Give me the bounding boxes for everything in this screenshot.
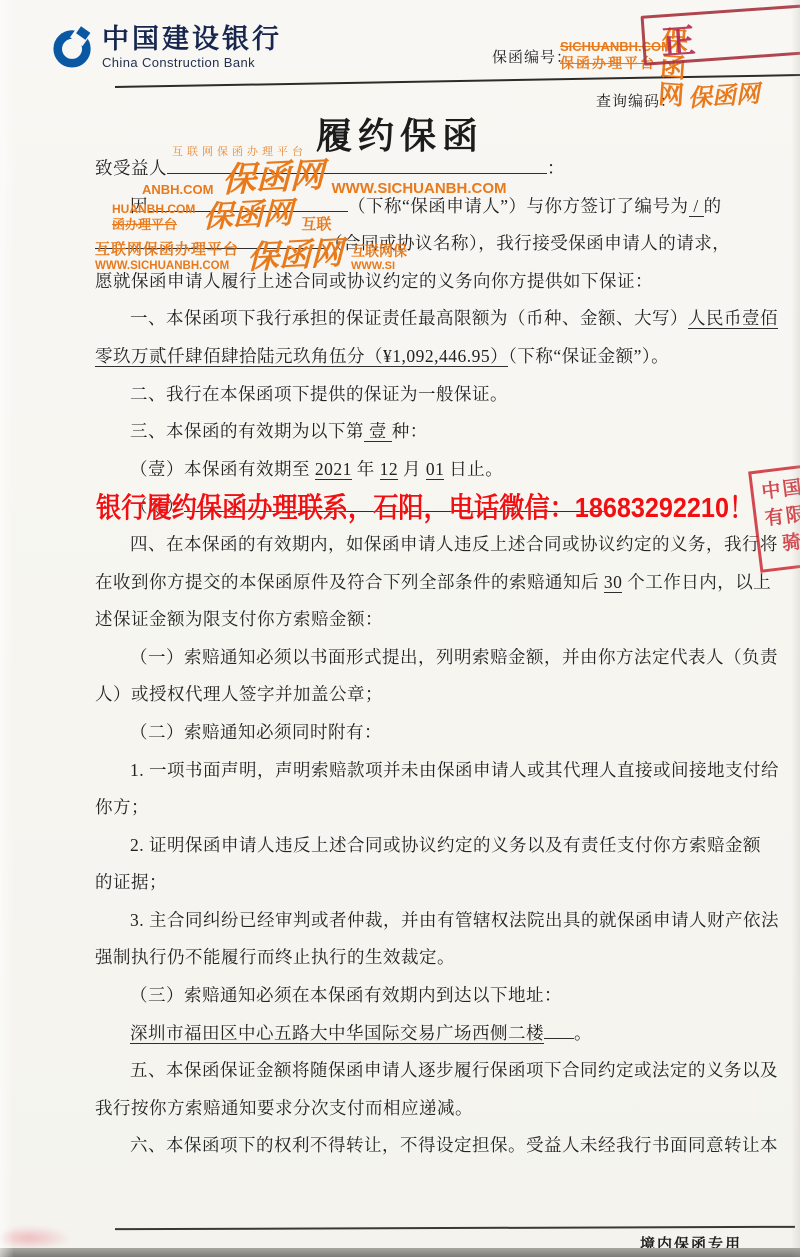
text-segment: 2. 证明保函申请人违反上述合同或协议约定的义务以及有责任支付你方索赔金额 — [130, 835, 761, 855]
watermark-platform-text: 函办理平台 — [112, 217, 195, 233]
text-segment: ： — [547, 158, 565, 178]
text-segment: 四、在本保函的有效期内，如保函申请人违反上述合同或协议约定的义务，我行将 — [130, 534, 778, 554]
text-segment: 的证据； — [95, 872, 167, 892]
text-segment: 五、本保函保证金额将随保函申请人逐步履行保函项下合同约定或法定的义务以及 — [130, 1060, 778, 1080]
watermark-site-url: WWW.SI — [351, 260, 407, 274]
watermark-platform-text: 互联网保函办理平台 — [95, 241, 239, 260]
document-line: 在收到你方提交的本保函原件及符合下列全部条件的索赔通知后 30 个工作日内，以上 — [95, 564, 757, 602]
stamp-char: 正 — [660, 13, 697, 64]
text-segment: 在收到你方提交的本保函原件及符合下列全部条件的索赔通知后 — [95, 572, 604, 592]
text-segment: / — [689, 196, 704, 217]
text-segment: 零玖万贰仟肆佰肆拾陆元玖角伍分（¥1,092,446.95） — [95, 346, 508, 367]
footer-divider — [115, 1226, 795, 1230]
watermark-site-url: HUANBH.COM — [112, 202, 195, 217]
original-copy-stamp: 正 本 — [641, 0, 800, 65]
document-line: 三、本保函的有效期为以下第 壹 种： — [95, 413, 757, 451]
document-line: （三）索赔通知必须在本保函有效期内到达以下地址： — [95, 977, 757, 1015]
text-segment: 你方； — [95, 797, 149, 817]
document-line: 四、在本保函的有效期内，如保函申请人违反上述合同或协议约定的义务，我行将 — [95, 526, 757, 564]
text-segment: 三、本保函的有效期为以下第 — [130, 421, 364, 441]
text-segment: 日止。 — [444, 459, 503, 479]
text-segment: 个工作日内，以上 — [622, 572, 771, 592]
watermark-beneficiary-field: 互联网保函办理平台 ANBH.COM 保函网 WWW.SICHUANBH.COM — [142, 146, 506, 198]
document-line: 1. 一项书面声明，声明索赔款项并未由保函申请人或其代理人直接或间接地支付给 — [95, 752, 757, 790]
text-segment: 12 — [380, 459, 399, 480]
bank-logo: 中国建设银行 China Construction Bank — [52, 24, 282, 70]
scan-edge — [0, 1248, 800, 1257]
text-segment: 壹 — [364, 421, 392, 442]
watermark-query-scribble: 保函网 — [687, 82, 761, 115]
text-segment: 一、本保函项下我行承担的保证责任最高限额为（币种、金额、大写） — [130, 308, 688, 328]
document-line: 强制执行仍不能履行而终止执行的生效裁定。 — [95, 939, 757, 977]
text-segment: 强制执行仍不能履行而终止执行的生效裁定。 — [95, 947, 455, 967]
document-line: 述保证金额为限支付你方索赔金额： — [95, 601, 757, 639]
text-segment: 六、本保函项下的权利不得转让，不得设定担保。受益人未经我行书面同意转让本 — [130, 1135, 778, 1155]
document-line: 二、我行在本保函项下提供的保证为一般保证。 — [95, 376, 757, 414]
stamp-smudge — [0, 1226, 72, 1250]
watermark-brand-logo: 保函网 — [221, 156, 324, 201]
text-segment: 月 — [398, 459, 426, 479]
document-line: （二）索赔通知必须同时附有： — [95, 714, 757, 752]
document-line: 零玖万贰仟肆佰肆拾陆元玖角伍分（¥1,092,446.95）（下称“保证金额”）… — [95, 338, 757, 376]
bank-name-cn: 中国建设银行 — [102, 24, 282, 54]
text-segment: 30 — [604, 572, 623, 593]
document-line: 我行按你方索赔通知要求分次支付而相应递减。 — [95, 1090, 757, 1128]
text-segment: （一）索赔通知必须以书面形式提出，列明索赔金额，并由你方法定代表人（负责 — [130, 647, 778, 667]
document-line: （一）索赔通知必须以书面形式提出，列明索赔金额，并由你方法定代表人（负责 — [95, 639, 757, 677]
document-body: 致受益人：因（下称“保函申请人”）与你方签订了编号为 / 的（合同或协议名称），… — [95, 150, 757, 1165]
document-line: 的证据； — [95, 864, 757, 902]
text-segment: 二、我行在本保函项下提供的保证为一般保证。 — [130, 384, 508, 404]
text-segment: 我行按你方索赔通知要求分次支付而相应递减。 — [95, 1098, 473, 1118]
bank-name-block: 中国建设银行 China Construction Bank — [102, 24, 282, 70]
ccb-logo-icon — [52, 26, 94, 68]
document-line: 六、本保函项下的权利不得转让，不得设定担保。受益人未经我行书面同意转让本 — [95, 1127, 757, 1165]
text-segment: 。 — [574, 1023, 592, 1043]
text-segment: （下称“保函申请人”）与你方签订了编号为 — [348, 196, 689, 216]
text-segment: 3. 主合同纠纷已经审判或者仲裁，并由有管辖权法院出具的就保函申请人财产依法 — [130, 910, 779, 930]
text-segment: （三）索赔通知必须在本保函有效期内到达以下地址： — [130, 985, 562, 1005]
ad-overlay-text: 银行履约保函办理联系，石阳，电话微信：18683292210！ — [96, 486, 754, 526]
watermark-site-url: ANBH.COM — [142, 183, 214, 198]
watermark-brand-logo: 保函网 — [247, 234, 344, 276]
document-line: 2. 证明保函申请人违反上述合同或协议约定的义务以及有责任支付你方索赔金额 — [95, 827, 757, 865]
document-line: 人）或授权代理人签字并加盖公章； — [95, 676, 757, 714]
text-segment: 1. 一项书面声明，声明索赔款项并未由保函申请人或其代理人直接或间接地支付给 — [130, 760, 779, 780]
text-segment: 述保证金额为限支付你方索赔金额： — [95, 609, 383, 629]
watermark-net-text: 互联 — [301, 216, 331, 233]
text-segment: （壹）本保函有效期至 — [130, 459, 315, 479]
watermark-brand-logo: 保函网 — [203, 197, 293, 236]
watermark-site-url: WWW.SICHUANBH.COM — [95, 259, 239, 273]
watermark-applicant-field: HUANBH.COM 函办理平台 保函网 互联 — [112, 199, 331, 234]
text-segment: 的 — [704, 196, 722, 216]
document-line: 五、本保函保证金额将随保函申请人逐步履行保函项下合同约定或法定的义务以及 — [95, 1052, 757, 1090]
text-segment: （二）索赔通知必须同时附有： — [130, 722, 382, 742]
text-segment: 2021 — [315, 459, 352, 480]
document-line: 你方； — [95, 789, 757, 827]
watermark-platform-text: 互联网保 — [351, 243, 407, 261]
watermark-site-url: WWW.SICHUANBH.COM — [332, 180, 507, 197]
text-segment: 01 — [426, 459, 445, 480]
text-segment: 深圳市福田区中心五路大中华国际交易广场西侧二楼 — [130, 1023, 544, 1044]
document-line: 3. 主合同纠纷已经审判或者仲裁，并由有管辖权法院出具的就保函申请人财产依法 — [95, 902, 757, 940]
watermark-contract-field: 互联网保函办理平台 WWW.SICHUANBH.COM 保函网 互联网保 WWW… — [95, 237, 407, 274]
text-segment: 人民币壹佰 — [688, 308, 778, 329]
text-segment: 年 — [352, 459, 380, 479]
document-line: （壹）本保函有效期至 2021 年 12 月 01 日止。 — [95, 451, 757, 489]
text-segment: 人）或授权代理人签字并加盖公章； — [95, 684, 383, 704]
document-line: 一、本保函项下我行承担的保证责任最高限额为（币种、金额、大写）人民币壹佰 — [95, 300, 757, 338]
text-segment: （下称“保证金额”）。 — [508, 346, 669, 366]
blank-field — [544, 1021, 574, 1039]
watermark-platform-text: 互联网保函办理平台 — [172, 146, 506, 159]
seal-line: 中国 — [760, 470, 800, 506]
document-line: 深圳市福田区中心五路大中华国际交易广场西侧二楼。 — [95, 1015, 757, 1053]
bank-name-en: China Construction Bank — [102, 55, 282, 70]
scanned-guarantee-document: 中国建设银行 China Construction Bank 保函编号： 查询编… — [0, 0, 800, 1257]
text-segment: 种： — [392, 421, 428, 441]
